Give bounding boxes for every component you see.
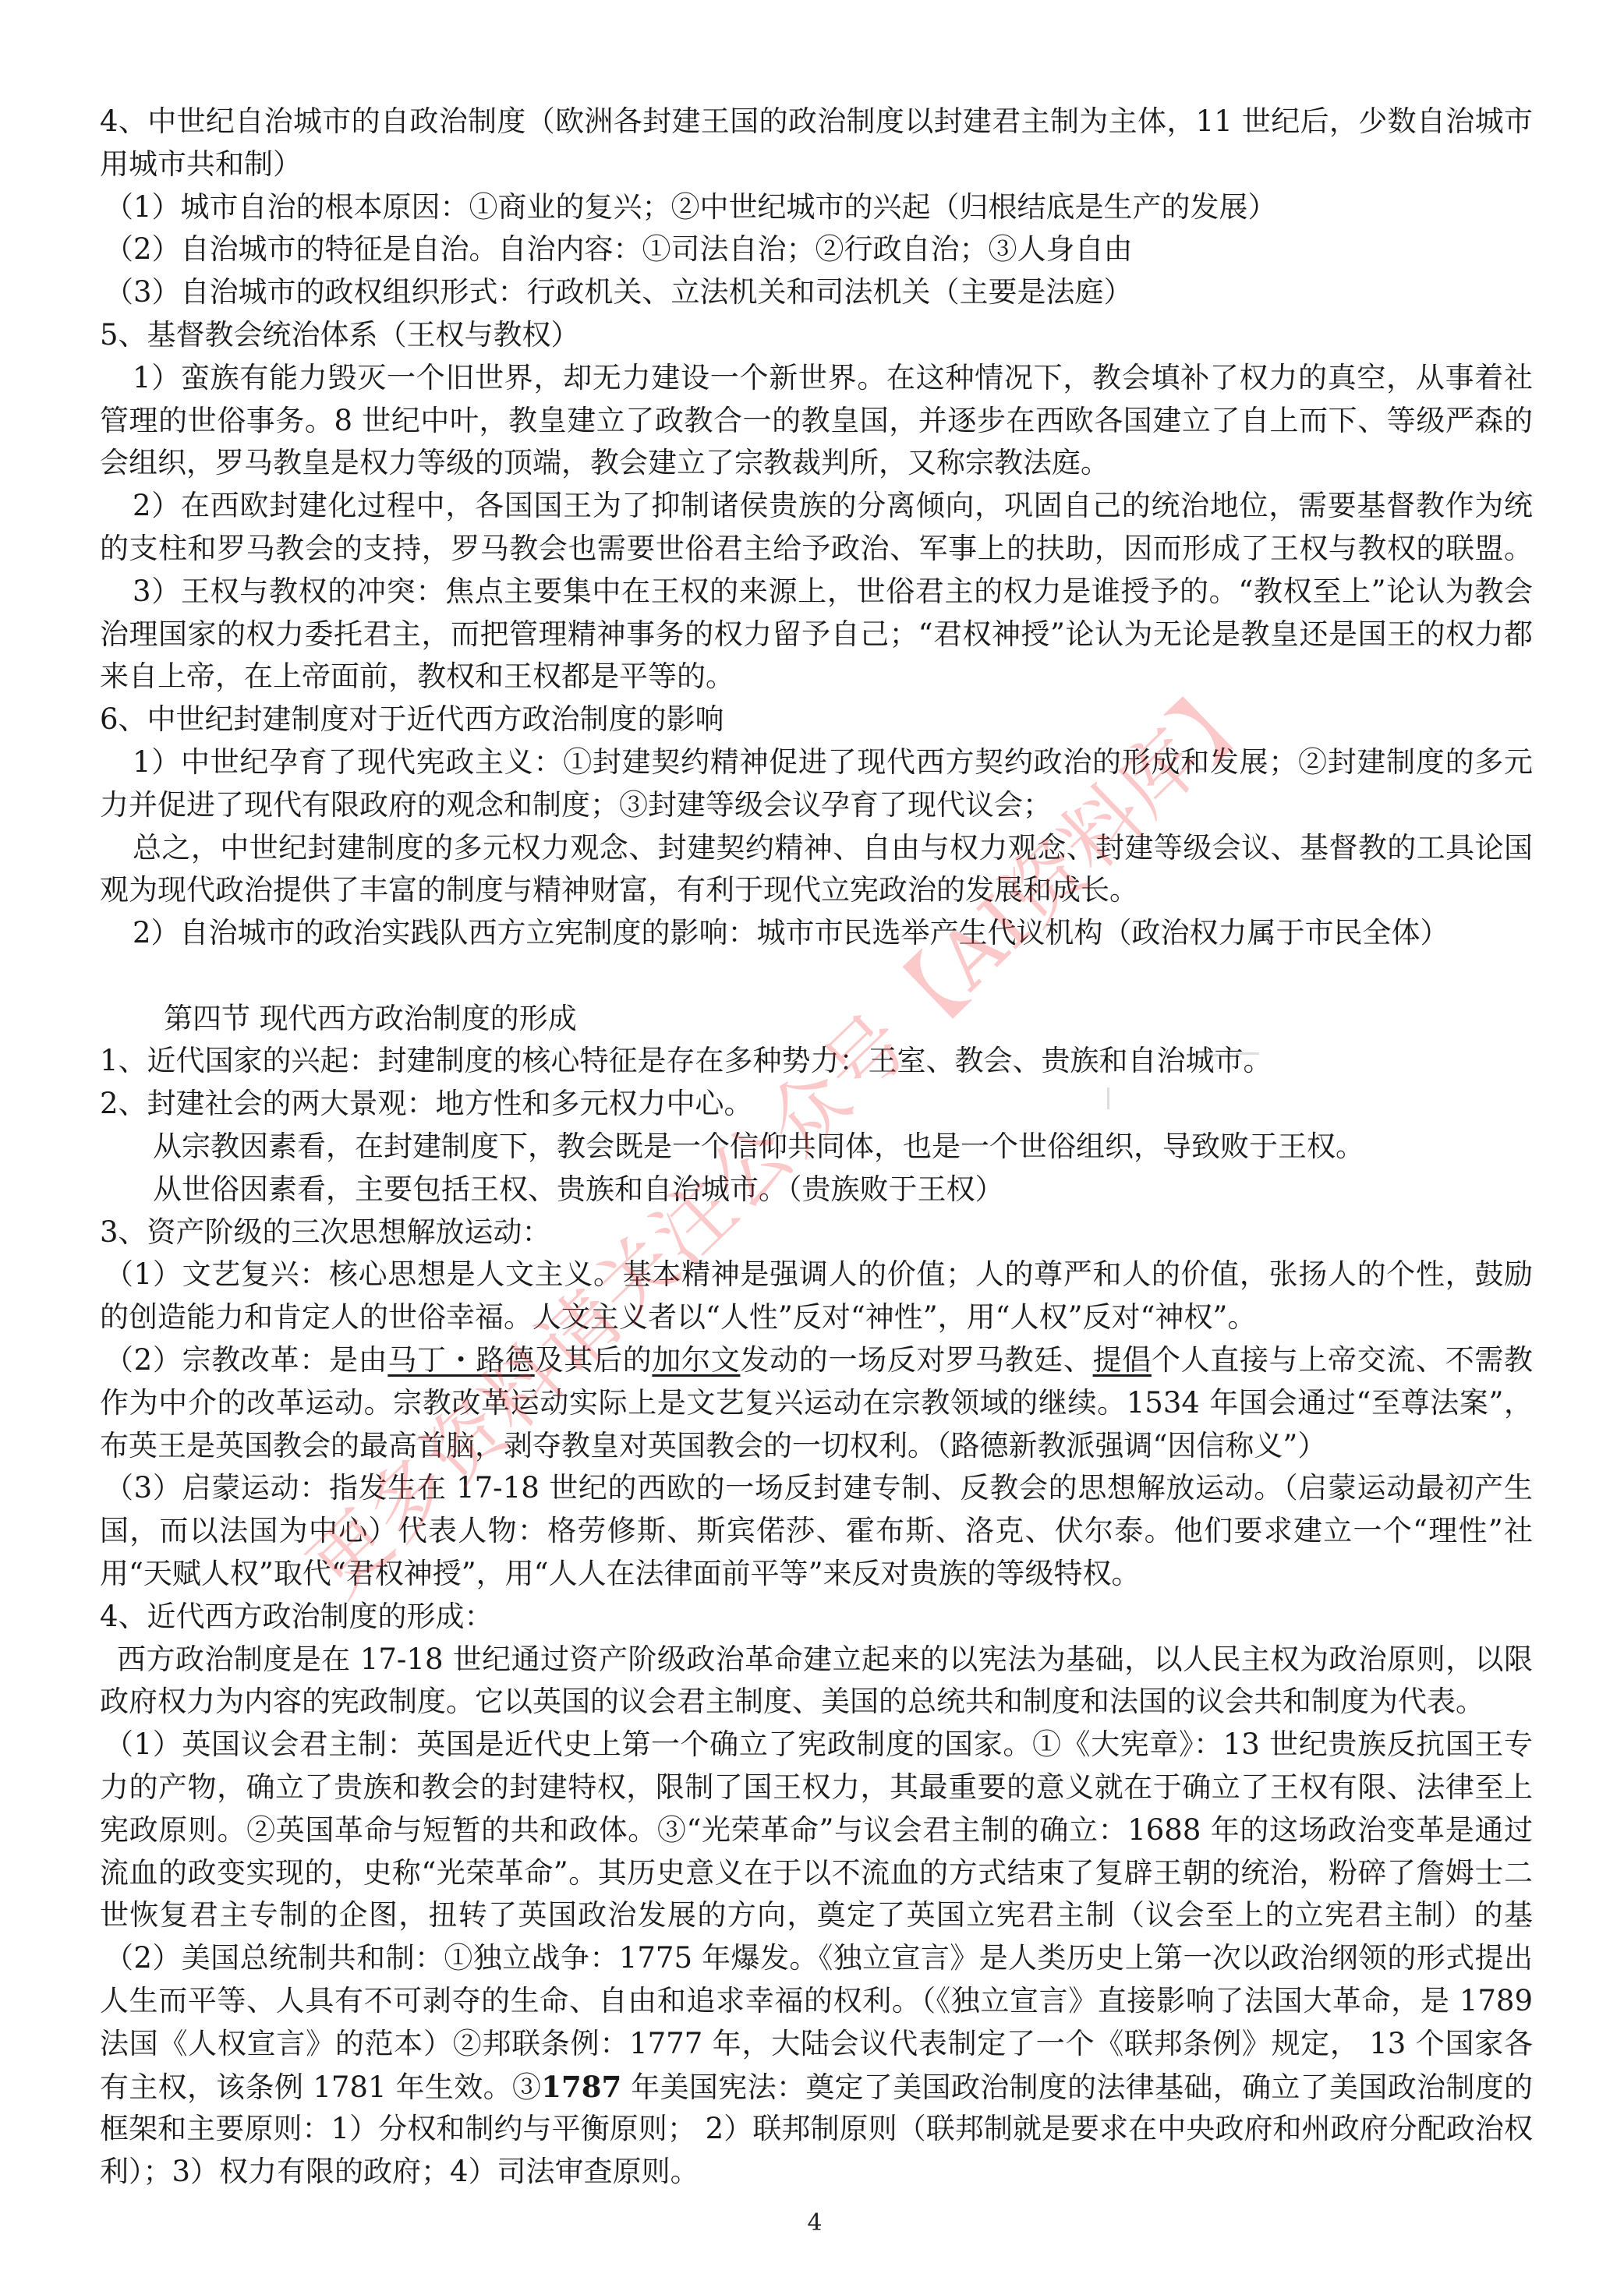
paragraph-line: 西方政治制度是在 17-18 世纪通过资产阶级政治革命建立起来的以宪法为基础，以…	[117, 1639, 1533, 1681]
heading-item-3: 3、资产阶级的三次思想解放运动：	[100, 1211, 1533, 1254]
paragraph-line: 治理国家的权力委托君主，而把管理精神事务的权力留予自己；“君权神授”论认为无论是…	[100, 614, 1533, 656]
underlined-name-martin-luther: 马丁・路德	[387, 1343, 534, 1377]
paragraph-line: 总之，中世纪封建制度的多元权力观念、封建契约精神、自由与权力观念、封建等级会议、…	[133, 827, 1533, 869]
paragraph-line: 用“天赋人权”取代“君权神授”，用“人人在法律面前平等”来反对贵族的等级特权。	[100, 1553, 1533, 1595]
text-run: 及其后的	[535, 1343, 653, 1377]
document-page: 4、中世纪自治城市的自政治制度（欧洲各封建王国的政治制度以封建君主制为主体，11…	[0, 0, 1624, 2295]
paragraph-line: 法国《人权宣言》的范本）②邦联条例：1777 年，大陆会议代表制定了一个《联邦条…	[100, 2023, 1533, 2065]
heading-item-4b: 4、近代西方政治制度的形成：	[100, 1596, 1533, 1638]
list-item: （2）自治城市的特征是自治。自治内容：①司法自治；②行政自治；③人身自由	[104, 228, 1537, 271]
heading-item-4: 4、中世纪自治城市的自政治制度（欧洲各封建王国的政治制度以封建君主制为主体，11…	[100, 101, 1533, 143]
list-item: （2）宗教改革：是由马丁・路德及其后的加尔文发动的一场反对罗马教廷、提倡个人直接…	[104, 1339, 1533, 1381]
list-item: （1）城市自治的根本原因：①商业的复兴；②中世纪城市的兴起（归根结底是生产的发展…	[104, 186, 1537, 228]
paragraph-line: 3）王权与教权的冲突：焦点主要集中在王权的来源上，世俗君主的权力是谁授予的。“教…	[133, 571, 1533, 613]
paragraph-line: 作为中介的改革运动。宗教改革运动实际上是文艺复兴运动在宗教领域的继续。1534 …	[100, 1382, 1533, 1424]
paragraph-line: 国，而以法国为中心）代表人物：格劳修斯、斯宾偌莎、霍布斯、洛克、伏尔泰。他们要求…	[100, 1510, 1533, 1552]
paragraph-line: 2）自治城市的政治实践队西方立宪制度的影响：城市市民选举产生代议机构（政治权力属…	[133, 912, 1533, 954]
heading-item-6: 6、中世纪封建制度对于近代西方政治制度的影响	[100, 698, 1533, 741]
paragraph-line: 来自上帝，在上帝面前，教权和王权都是平等的。	[100, 656, 1533, 698]
paragraph-line: 1）蛮族有能力毁灭一个旧世界，却无力建设一个新世界。在这种情况下，教会填补了权力…	[133, 357, 1533, 399]
bold-year: 1787	[541, 2070, 621, 2104]
text-run: （2）宗教改革：是由	[104, 1343, 387, 1377]
underlined-name-calvin: 加尔文	[652, 1343, 740, 1377]
paragraph-line: 框架和主要原则：1）分权和制约与平衡原则； 2）联邦制原则（联邦制就是要求在中央…	[100, 2108, 1533, 2150]
paragraph-line: 从世俗因素看，主要包括王权、贵族和自治城市。（贵族败于王权）	[153, 1169, 1586, 1211]
paragraph-line: 政府权力为内容的宪政制度。它以英国的议会君主制度、美国的总统共和制度和法国的议会…	[100, 1681, 1533, 1723]
paragraph-line: 观为现代政治提供了丰富的制度与精神财富，有利于现代立宪政治的发展和成长。	[100, 869, 1533, 911]
paragraph-line: 有主权，该条例 1781 年生效。③1787 年美国宪法：奠定了美国政治制度的法…	[100, 2066, 1533, 2108]
scan-artifact	[1201, 1054, 1221, 1056]
text-run: 有主权，该条例 1781 年生效。③	[100, 2070, 541, 2104]
list-item: （3）自治城市的政权组织形式：行政机关、立法机关和司法机关（主要是法庭）	[104, 271, 1537, 313]
paragraph-line: 利）；3）权力有限的政府；4）司法审查原则。	[100, 2151, 1533, 2193]
paragraph-line: 布英王是英国教会的最高首脑，剥夺教皇对英国教会的一切权利。（路德新教派强调“因信…	[100, 1425, 1533, 1467]
paragraph-line: 世恢复君主专制的企图，扭转了英国政治发展的方向，奠定了英国立宪君主制（议会至上的…	[100, 1894, 1533, 1936]
paragraph-line: 1）中世纪孕育了现代宪政主义：①封建契约精神促进了现代西方契约政治的形成和发展；…	[133, 741, 1533, 783]
section-heading: 第四节 现代西方政治制度的形成	[164, 998, 1597, 1040]
scan-artifact	[1107, 1087, 1109, 1109]
heading-item-5: 5、基督教会统治体系（王权与教权）	[100, 314, 1533, 356]
paragraph-line: 力并促进了现代有限政府的观念和制度；③封建等级会议孕育了现代议会；	[100, 784, 1533, 826]
scan-artifact	[1236, 1052, 1259, 1055]
heading-item-1: 1、近代国家的兴起：封建制度的核心特征是存在多种势力：王室、教会、贵族和自治城市…	[100, 1040, 1533, 1082]
paragraph-line: 的支柱和罗马教会的支持，罗马教会也需要世俗君主给予政治、军事上的扶助，因而形成了…	[100, 528, 1533, 570]
text-line: 用城市共和制）	[100, 143, 1533, 186]
paragraph-line: 宪政原则。②英国革命与短暂的共和政体。③“光荣革命”与议会君主制的确立：1688…	[100, 1809, 1533, 1851]
underlined-word: 提倡	[1093, 1343, 1152, 1377]
paragraph-line: 从宗教因素看，在封建制度下，教会既是一个信仰共同体，也是一个世俗组织，导致败于王…	[153, 1126, 1586, 1168]
text-run: 发动的一场反对罗马教廷、	[740, 1343, 1092, 1377]
paragraph-line: 会组织，罗马教皇是权力等级的顶端，教会建立了宗教裁判所，又称宗教法庭。	[100, 442, 1533, 484]
paragraph-line: 人生而平等、人具有不可剥夺的生命、自由和追求幸福的权利。（《独立宣言》直接影响了…	[100, 1980, 1533, 2022]
paragraph-line: 管理的世俗事务。8 世纪中叶，教皇建立了政教合一的教皇国，并逐步在西欧各国建立了…	[100, 400, 1533, 442]
paragraph-line: 流血的政变实现的，史称“光荣革命”。其历史意义在于以不流血的方式结束了复辟王朝的…	[100, 1852, 1533, 1894]
list-item: （3）启蒙运动：指发生在 17-18 世纪的西欧的一场反封建专制、反教会的思想解…	[104, 1467, 1533, 1509]
list-item: （2）美国总统制共和制：①独立战争：1775 年爆发。《独立宣言》是人类历史上第…	[104, 1937, 1533, 1979]
paragraph-line: 的创造能力和肯定人的世俗幸福。人文主义者以“人性”反对“神性”，用“人权”反对“…	[100, 1296, 1533, 1338]
heading-item-2: 2、封建社会的两大景观：地方性和多元权力中心。	[100, 1083, 1533, 1125]
list-item: （1）英国议会君主制：英国是近代史上第一个确立了宪政制度的国家。①《大宪章》：1…	[104, 1724, 1533, 1766]
paragraph-line: 2）在西欧封建化过程中，各国国王为了抑制诸侯贵族的分离倾向，巩固自己的统治地位，…	[133, 485, 1533, 527]
list-item: （1）文艺复兴：核心思想是人文主义。基本精神是强调人的价值；人的尊严和人的价值，…	[104, 1254, 1533, 1296]
paragraph-line: 力的产物，确立了贵族和教会的封建特权，限制了国王权力，其最重要的意义就在于确立了…	[100, 1766, 1533, 1809]
page-number: 4	[803, 2208, 826, 2239]
